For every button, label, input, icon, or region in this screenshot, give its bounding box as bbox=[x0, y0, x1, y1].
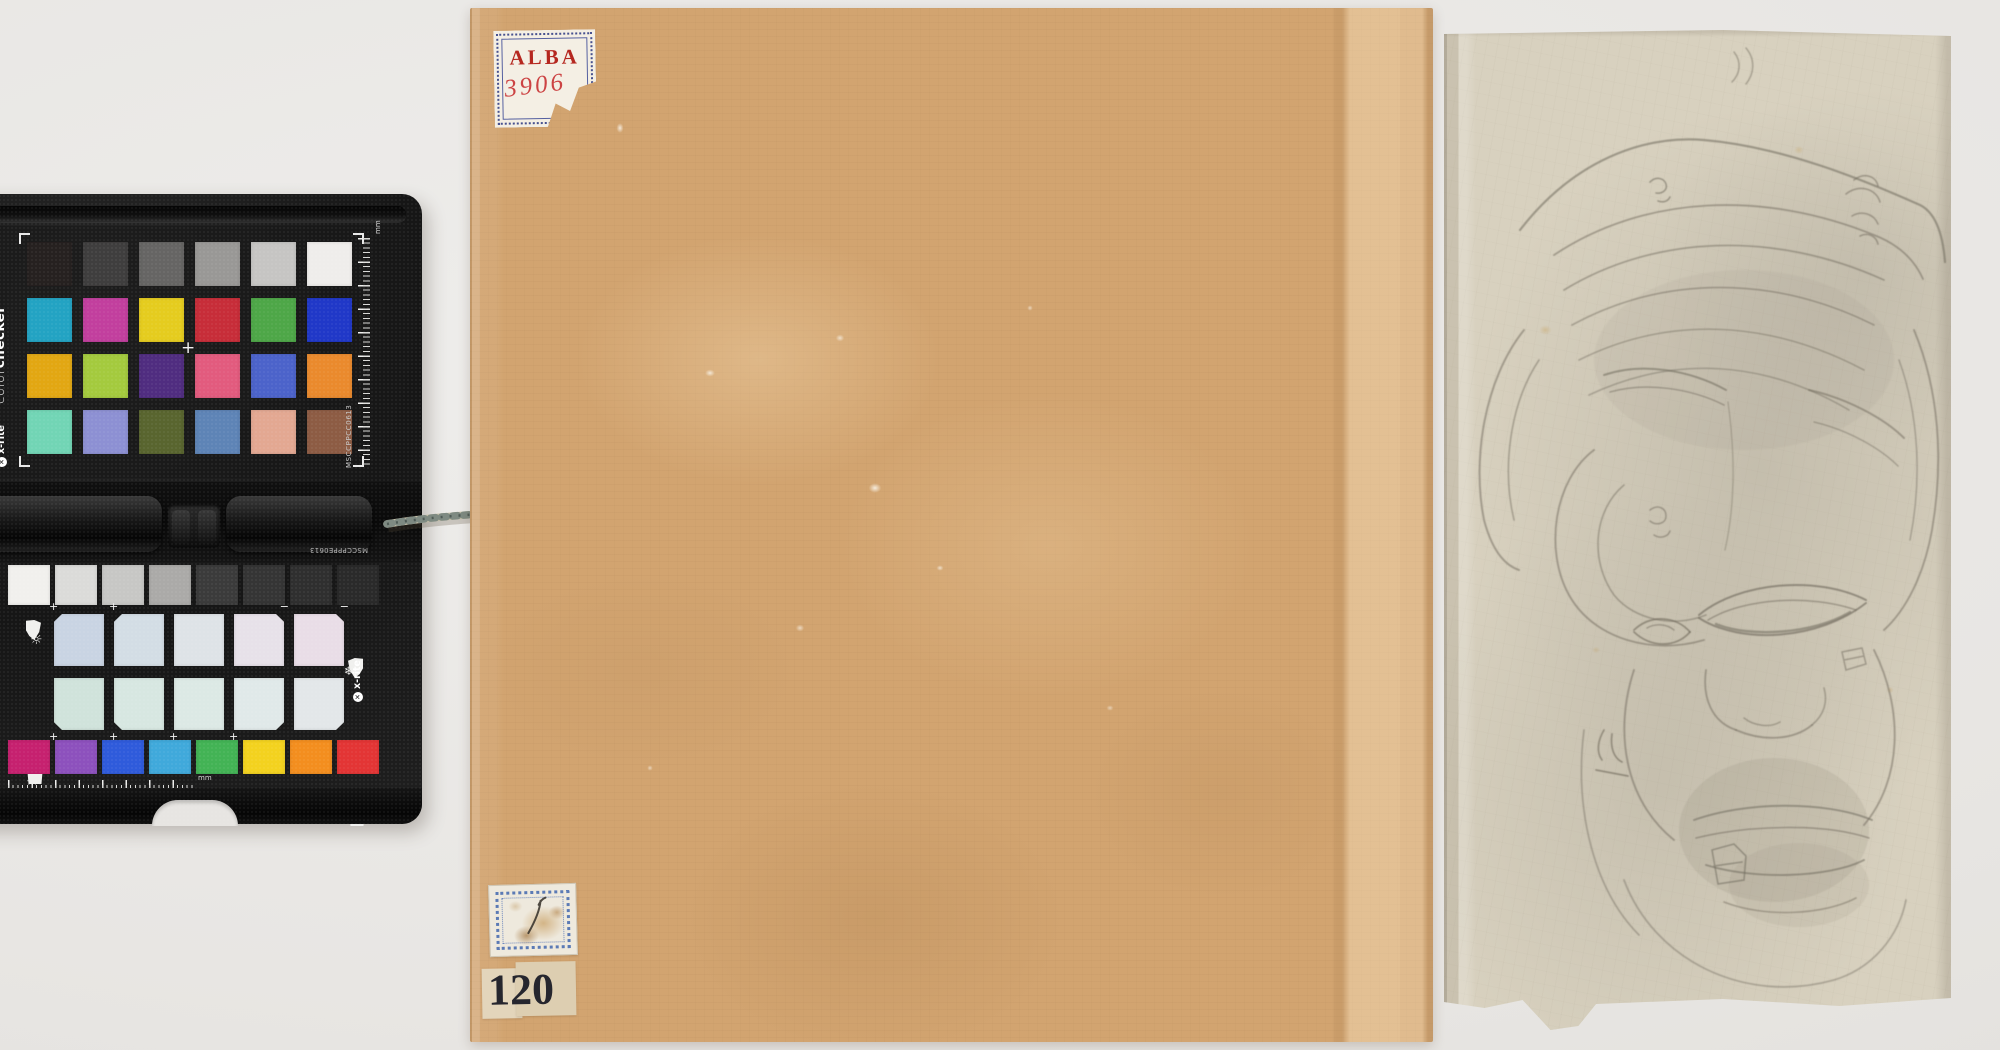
color-patch: + bbox=[114, 614, 164, 666]
serial-number-top-panel: MSCCPPCC0613 bbox=[345, 405, 353, 469]
mm-ruler-vertical bbox=[356, 238, 370, 466]
color-patch bbox=[149, 740, 191, 774]
color-patch bbox=[8, 740, 50, 774]
case-top-groove bbox=[0, 206, 406, 222]
color-patch bbox=[337, 740, 379, 774]
color-patch bbox=[102, 565, 144, 605]
color-patch bbox=[195, 242, 240, 286]
colorchecker-brand: colorchecker bbox=[0, 306, 8, 404]
color-patch bbox=[8, 565, 50, 605]
clipping-gray-row bbox=[8, 565, 379, 605]
saturated-color-row bbox=[8, 740, 379, 774]
ruler-unit-label: mm bbox=[198, 774, 212, 782]
color-patch bbox=[294, 678, 344, 730]
album-back-cover bbox=[470, 8, 1433, 1042]
hinge-barrel-left bbox=[0, 496, 162, 552]
serial-number-bottom-panel: MSCCPPPE0613 bbox=[296, 546, 368, 554]
color-patch bbox=[251, 242, 296, 286]
ruler-unit-label: mm bbox=[374, 220, 382, 234]
color-patch bbox=[139, 298, 184, 342]
color-patch bbox=[195, 410, 240, 454]
color-patch bbox=[149, 565, 191, 605]
color-patch bbox=[27, 298, 72, 342]
color-patch bbox=[307, 354, 352, 398]
xrite-x-icon: ✕ bbox=[0, 457, 7, 467]
color-patch bbox=[83, 298, 128, 342]
color-patch bbox=[139, 354, 184, 398]
damaged-stamp bbox=[488, 883, 578, 957]
xrite-logo: ✕ x-rite bbox=[352, 660, 363, 702]
page-number: 120 bbox=[488, 964, 555, 1016]
exposure-mark: + bbox=[109, 602, 118, 612]
color-patch bbox=[290, 740, 332, 774]
collection-name: ALBA bbox=[493, 44, 595, 71]
color-patch: − bbox=[294, 614, 344, 666]
xrite-logo: ✕ x-rite bbox=[0, 425, 7, 467]
color-patch bbox=[83, 354, 128, 398]
portrait-warming-icon: ☼ bbox=[24, 618, 48, 658]
color-patch bbox=[27, 354, 72, 398]
brand-bold: checker bbox=[0, 306, 8, 369]
color-patch: + bbox=[54, 614, 104, 666]
page-number-label: 120 bbox=[482, 961, 577, 1019]
color-patch bbox=[139, 410, 184, 454]
hinge-barrel-right bbox=[226, 496, 372, 552]
color-patch bbox=[290, 565, 332, 605]
color-patch bbox=[196, 565, 238, 605]
color-patch bbox=[27, 242, 72, 286]
exposure-mark: − bbox=[340, 602, 349, 612]
exposure-mark: + bbox=[49, 602, 58, 612]
color-patch bbox=[243, 740, 285, 774]
color-patch bbox=[174, 614, 224, 666]
xrite-text: x-rite bbox=[352, 660, 363, 689]
color-patch bbox=[55, 740, 97, 774]
color-patch bbox=[251, 298, 296, 342]
color-patch: + bbox=[114, 678, 164, 730]
pen-mark bbox=[489, 884, 577, 956]
color-patch bbox=[27, 410, 72, 454]
color-patch bbox=[196, 740, 238, 774]
exposure-mark: − bbox=[280, 602, 289, 612]
hinge-pin bbox=[198, 510, 216, 544]
case-thumb-notch bbox=[152, 800, 238, 826]
color-patch: − bbox=[234, 614, 284, 666]
color-patch bbox=[251, 354, 296, 398]
register-mark-icon bbox=[19, 456, 30, 467]
color-patch bbox=[139, 242, 184, 286]
register-mark-icon bbox=[19, 233, 30, 244]
crosshair-icon: + bbox=[181, 338, 195, 358]
brand-light: color bbox=[0, 368, 8, 404]
xrite-x-icon: ✕ bbox=[353, 692, 363, 702]
color-patch bbox=[337, 565, 379, 605]
color-patch bbox=[195, 354, 240, 398]
color-patch bbox=[83, 242, 128, 286]
color-patch bbox=[102, 740, 144, 774]
color-patch bbox=[195, 298, 240, 342]
color-patch: + bbox=[234, 678, 284, 730]
hinge-pin bbox=[172, 510, 190, 544]
color-patch bbox=[243, 565, 285, 605]
color-patch bbox=[55, 565, 97, 605]
color-patch bbox=[251, 410, 296, 454]
photo-stage: + colorchecker ✕ x-rite mm MSCCPPCC0613 … bbox=[0, 0, 2000, 1050]
xrite-text: x-rite bbox=[0, 425, 7, 454]
face-sketch bbox=[1444, 30, 1951, 1030]
color-patch bbox=[307, 298, 352, 342]
color-patch: + bbox=[54, 678, 104, 730]
color-patch: + bbox=[174, 678, 224, 730]
color-patch bbox=[307, 242, 352, 286]
color-patch bbox=[83, 410, 128, 454]
sun-icon: ☼ bbox=[30, 632, 43, 648]
white-balance-cool-row: ++++ bbox=[54, 678, 344, 730]
white-balance-warm-row: ++−− bbox=[54, 614, 344, 666]
